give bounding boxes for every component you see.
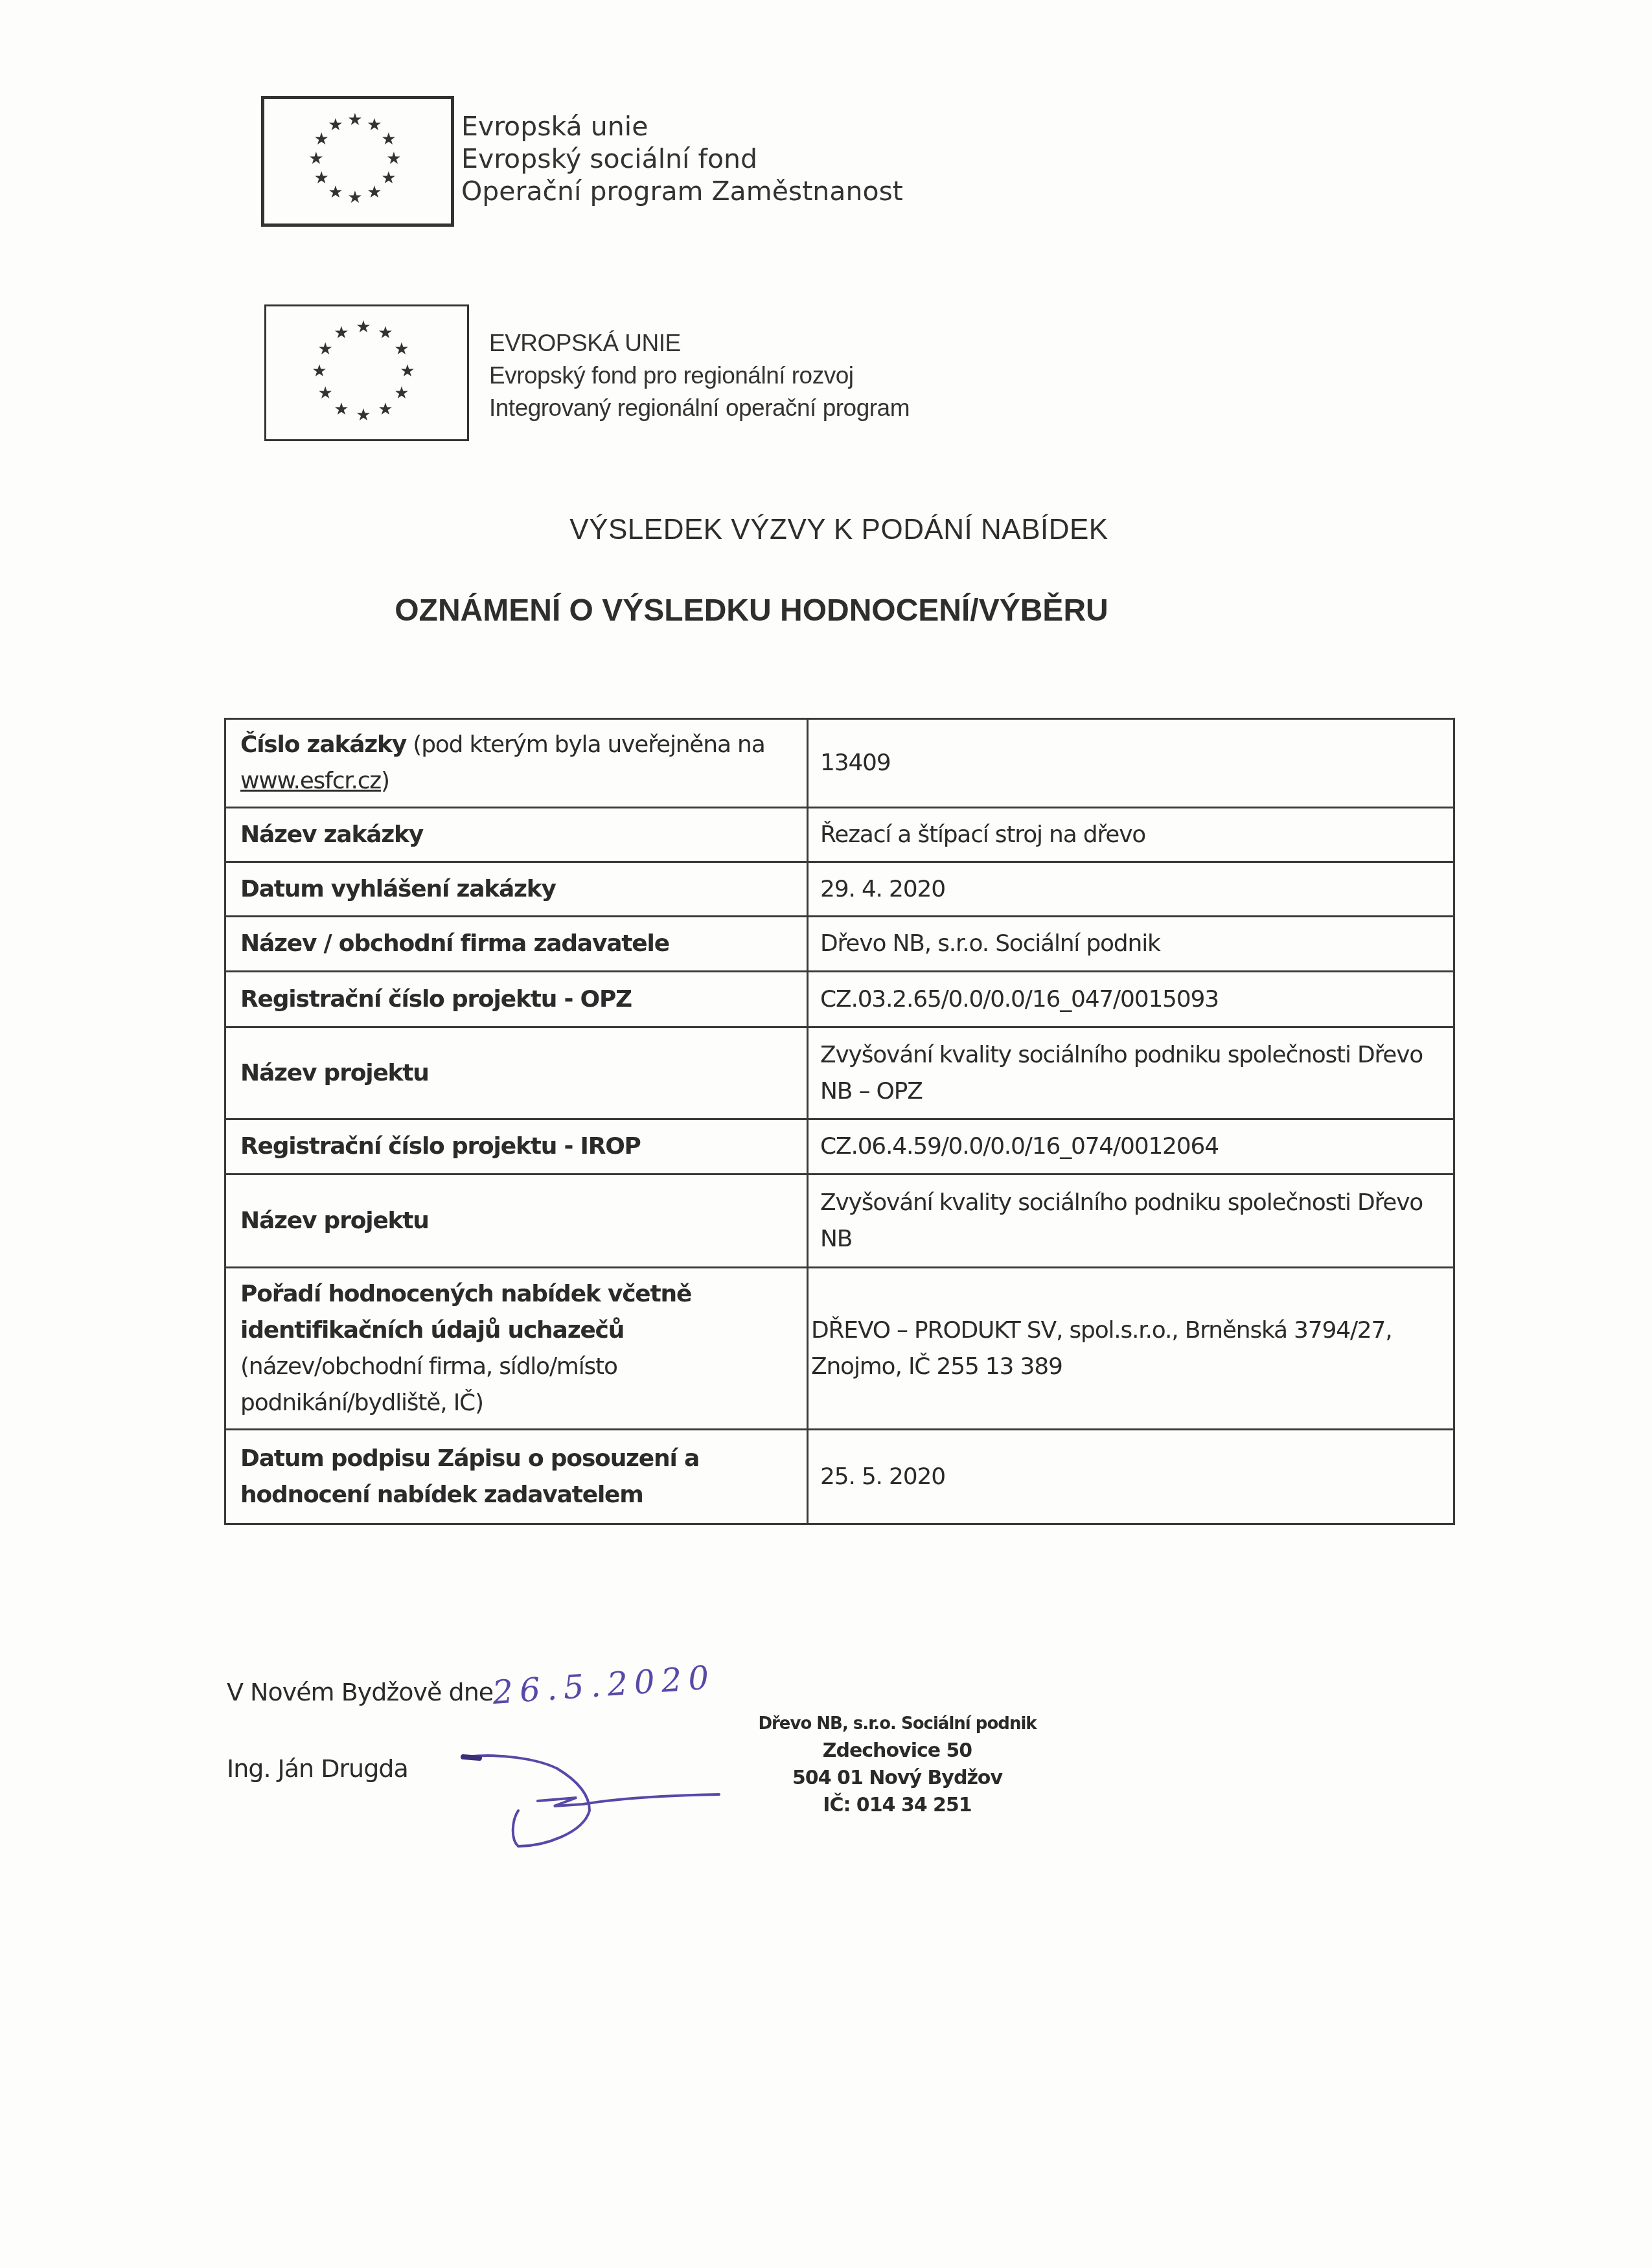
- row-label: Název / obchodní firma zadavatele: [225, 917, 808, 972]
- eu-flag-logo-esf: ★★★★★★★★★★★★: [261, 96, 454, 227]
- handwritten-date: 26.5.2020: [491, 1658, 717, 1712]
- table-row: Název projektu Zvyšování kvality sociáln…: [225, 1174, 1454, 1268]
- row-label: Název projektu: [225, 1174, 808, 1268]
- company-stamp: Dřevo NB, s.r.o. Sociální podnik Zdechov…: [745, 1710, 1050, 1819]
- row-label: Registrační číslo projektu - OPZ: [225, 972, 808, 1027]
- table-row: Číslo zakázky (pod kterým byla uveřejněn…: [225, 719, 1454, 808]
- erdf-logo-text: EVROPSKÁ UNIE Evropský fond pro regionál…: [489, 327, 910, 424]
- label-rest: (pod kterým byla uveřejněna na: [406, 731, 764, 758]
- row-label: Číslo zakázky (pod kterým byla uveřejněn…: [225, 719, 808, 808]
- row-value: 25. 5. 2020: [808, 1430, 1454, 1524]
- eu-flag-logo-erdf: ★★★★★★★★★★★★: [264, 304, 469, 441]
- place-label: V Novém Bydžově dne: [227, 1678, 493, 1706]
- label-rest: (název/obchodní firma, sídlo/místo podni…: [240, 1353, 617, 1416]
- row-value: DŘEVO – PRODUKT SV, spol.s.r.o., Brněnsk…: [808, 1268, 1454, 1430]
- table-row: Název zakázky Řezací a štípací stroj na …: [225, 808, 1454, 862]
- signature-icon: [304, 1749, 758, 1853]
- esf-logo-line-2: Evropský sociální fond: [461, 143, 903, 175]
- document-subtitle: VÝSLEDEK VÝZVY K PODÁNÍ NABÍDEK: [0, 514, 1652, 546]
- label-tail: ): [381, 768, 389, 794]
- subtitle-text: VÝSLEDEK VÝZVY K PODÁNÍ NABÍDEK: [569, 514, 1108, 546]
- erdf-logo-line-2: Evropský fond pro regionální rozvoj: [489, 360, 910, 392]
- esf-logo-line-1: Evropská unie: [461, 110, 903, 143]
- row-label: Název zakázky: [225, 808, 808, 862]
- row-label: Datum podpisu Zápisu o posouzení a hodno…: [225, 1430, 808, 1524]
- table-row: Registrační číslo projektu - IROP CZ.06.…: [225, 1119, 1454, 1174]
- table-row: Pořadí hodnocených nabídek včetně identi…: [225, 1268, 1454, 1430]
- row-value: CZ.03.2.65/0.0/0.0/16_047/0015093: [808, 972, 1454, 1027]
- table-row: Datum podpisu Zápisu o posouzení a hodno…: [225, 1430, 1454, 1524]
- title-text: OZNÁMENÍ O VÝSLEDKU HODNOCENÍ/VÝBĚRU: [395, 593, 1108, 628]
- row-label: Název projektu: [225, 1027, 808, 1119]
- esfcr-link[interactable]: www.esfcr.cz: [240, 768, 381, 794]
- row-value: 29. 4. 2020: [808, 862, 1454, 917]
- row-value: CZ.06.4.59/0.0/0.0/16_074/0012064: [808, 1119, 1454, 1174]
- row-value: Řezací a štípací stroj na dřevo: [808, 808, 1454, 862]
- row-label: Datum vyhlášení zakázky: [225, 862, 808, 917]
- table-row: Datum vyhlášení zakázky 29. 4. 2020: [225, 862, 1454, 917]
- row-value: 13409: [808, 719, 1454, 808]
- stamp-line-2: Zdechovice 50: [745, 1737, 1050, 1765]
- esf-logo-text: Evropská unie Evropský sociální fond Ope…: [461, 110, 903, 207]
- stamp-line-3: 504 01 Nový Bydžov: [745, 1765, 1050, 1792]
- row-label: Registrační číslo projektu - IROP: [225, 1119, 808, 1174]
- row-label: Pořadí hodnocených nabídek včetně identi…: [225, 1268, 808, 1430]
- row-value: Dřevo NB, s.r.o. Sociální podnik: [808, 917, 1454, 972]
- esf-logo-line-3: Operační program Zaměstnanost: [461, 175, 903, 207]
- tender-info-table: Číslo zakázky (pod kterým byla uveřejněn…: [224, 718, 1455, 1525]
- erdf-logo-line-1: EVROPSKÁ UNIE: [489, 327, 910, 360]
- label-bold: Číslo zakázky: [240, 731, 406, 758]
- stamp-line-1: Dřevo NB, s.r.o. Sociální podnik: [745, 1710, 1050, 1737]
- document-title: OZNÁMENÍ O VÝSLEDKU HODNOCENÍ/VÝBĚRU: [0, 593, 1652, 628]
- stamp-line-4: IČ: 014 34 251: [745, 1792, 1050, 1819]
- table-row: Název / obchodní firma zadavatele Dřevo …: [225, 917, 1454, 972]
- row-value: Zvyšování kvality sociálního podniku spo…: [808, 1174, 1454, 1268]
- label-bold: Pořadí hodnocených nabídek včetně identi…: [240, 1281, 691, 1344]
- erdf-logo-line-3: Integrovaný regionální operační program: [489, 392, 910, 424]
- row-value: Zvyšování kvality sociálního podniku spo…: [808, 1027, 1454, 1119]
- table-row: Název projektu Zvyšování kvality sociáln…: [225, 1027, 1454, 1119]
- table-row: Registrační číslo projektu - OPZ CZ.03.2…: [225, 972, 1454, 1027]
